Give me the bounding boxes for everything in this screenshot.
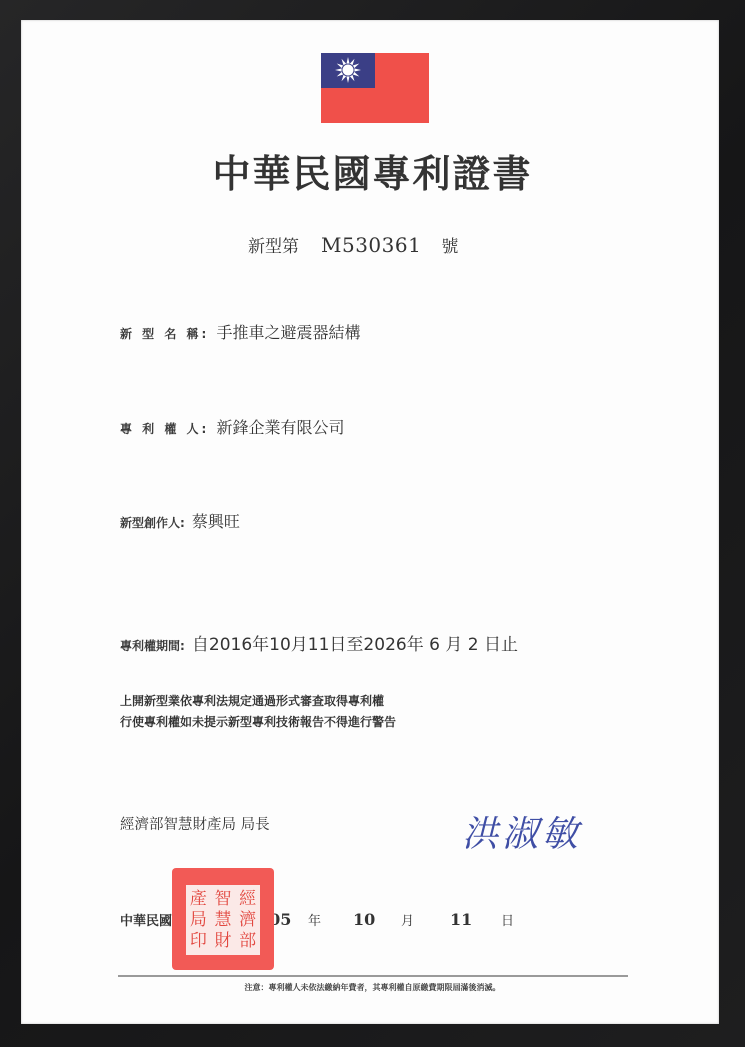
director-signature: 洪淑敏 — [462, 806, 582, 857]
field-label: 新 型 名 稱: — [120, 327, 209, 341]
field-value: 蔡興旺 — [192, 512, 240, 531]
patent-number-suffix: 號 — [441, 237, 458, 257]
seal-column: 經濟部 — [239, 889, 256, 952]
field-label: 專利權期間: — [120, 639, 185, 653]
white-sun-icon — [334, 56, 362, 84]
legal-notice-line: 行使專利權如未提示新型專利技術報告不得進行警告 — [120, 712, 396, 733]
issue-date-month-unit: 月 — [401, 910, 414, 929]
issue-date-day: 11 — [450, 910, 472, 929]
issue-date-era: 中華民國 — [120, 910, 172, 929]
field-utility-model-name: 新 型 名 稱: 手推車之避震器結構 — [120, 320, 360, 343]
field-value: 新鋒企業有限公司 — [216, 418, 344, 437]
field-value: 自2016年10月11日至2026年 6 月 2 日止 — [192, 635, 518, 655]
seal-column: 智慧財 — [214, 889, 231, 952]
field-value: 手推車之避震器結構 — [216, 323, 360, 342]
issuing-office: 經濟部智慧財產局 局長 — [120, 813, 270, 834]
field-label: 新型創作人: — [120, 516, 185, 530]
issue-date-year-unit: 年 — [308, 910, 321, 929]
official-seal: 經濟部 智慧財 產局印 — [172, 868, 274, 970]
patent-number-prefix: 新型第 — [248, 237, 299, 257]
issue-date-month: 10 — [353, 910, 375, 929]
field-label: 專 利 權 人: — [120, 422, 209, 436]
patent-number-value: M530361 — [321, 233, 421, 257]
issue-date-day-unit: 日 — [501, 910, 514, 929]
patent-number: 新型第M530361號 — [248, 232, 458, 257]
seal-face: 經濟部 智慧財 產局印 — [186, 885, 260, 955]
footnote: 注意：專利權人未依法繳納年費者，其專利權自原繳費期限屆滿後消滅。 — [0, 982, 745, 993]
certificate-title: 中華民國專利證書 — [0, 143, 745, 198]
seal-column: 產局印 — [190, 889, 207, 952]
field-patent-term: 專利權期間: 自2016年10月11日至2026年 6 月 2 日止 — [120, 630, 518, 655]
legal-notice-line: 上開新型業依專利法規定通過形式審查取得專利權 — [120, 691, 396, 712]
field-patentee: 專 利 權 人: 新鋒企業有限公司 — [120, 415, 344, 438]
footer-divider — [118, 975, 628, 977]
roc-flag — [321, 53, 429, 123]
field-creator: 新型創作人: 蔡興旺 — [120, 509, 240, 532]
legal-notice: 上開新型業依專利法規定通過形式審查取得專利權 行使專利權如未提示新型專利技術報告… — [120, 691, 396, 733]
